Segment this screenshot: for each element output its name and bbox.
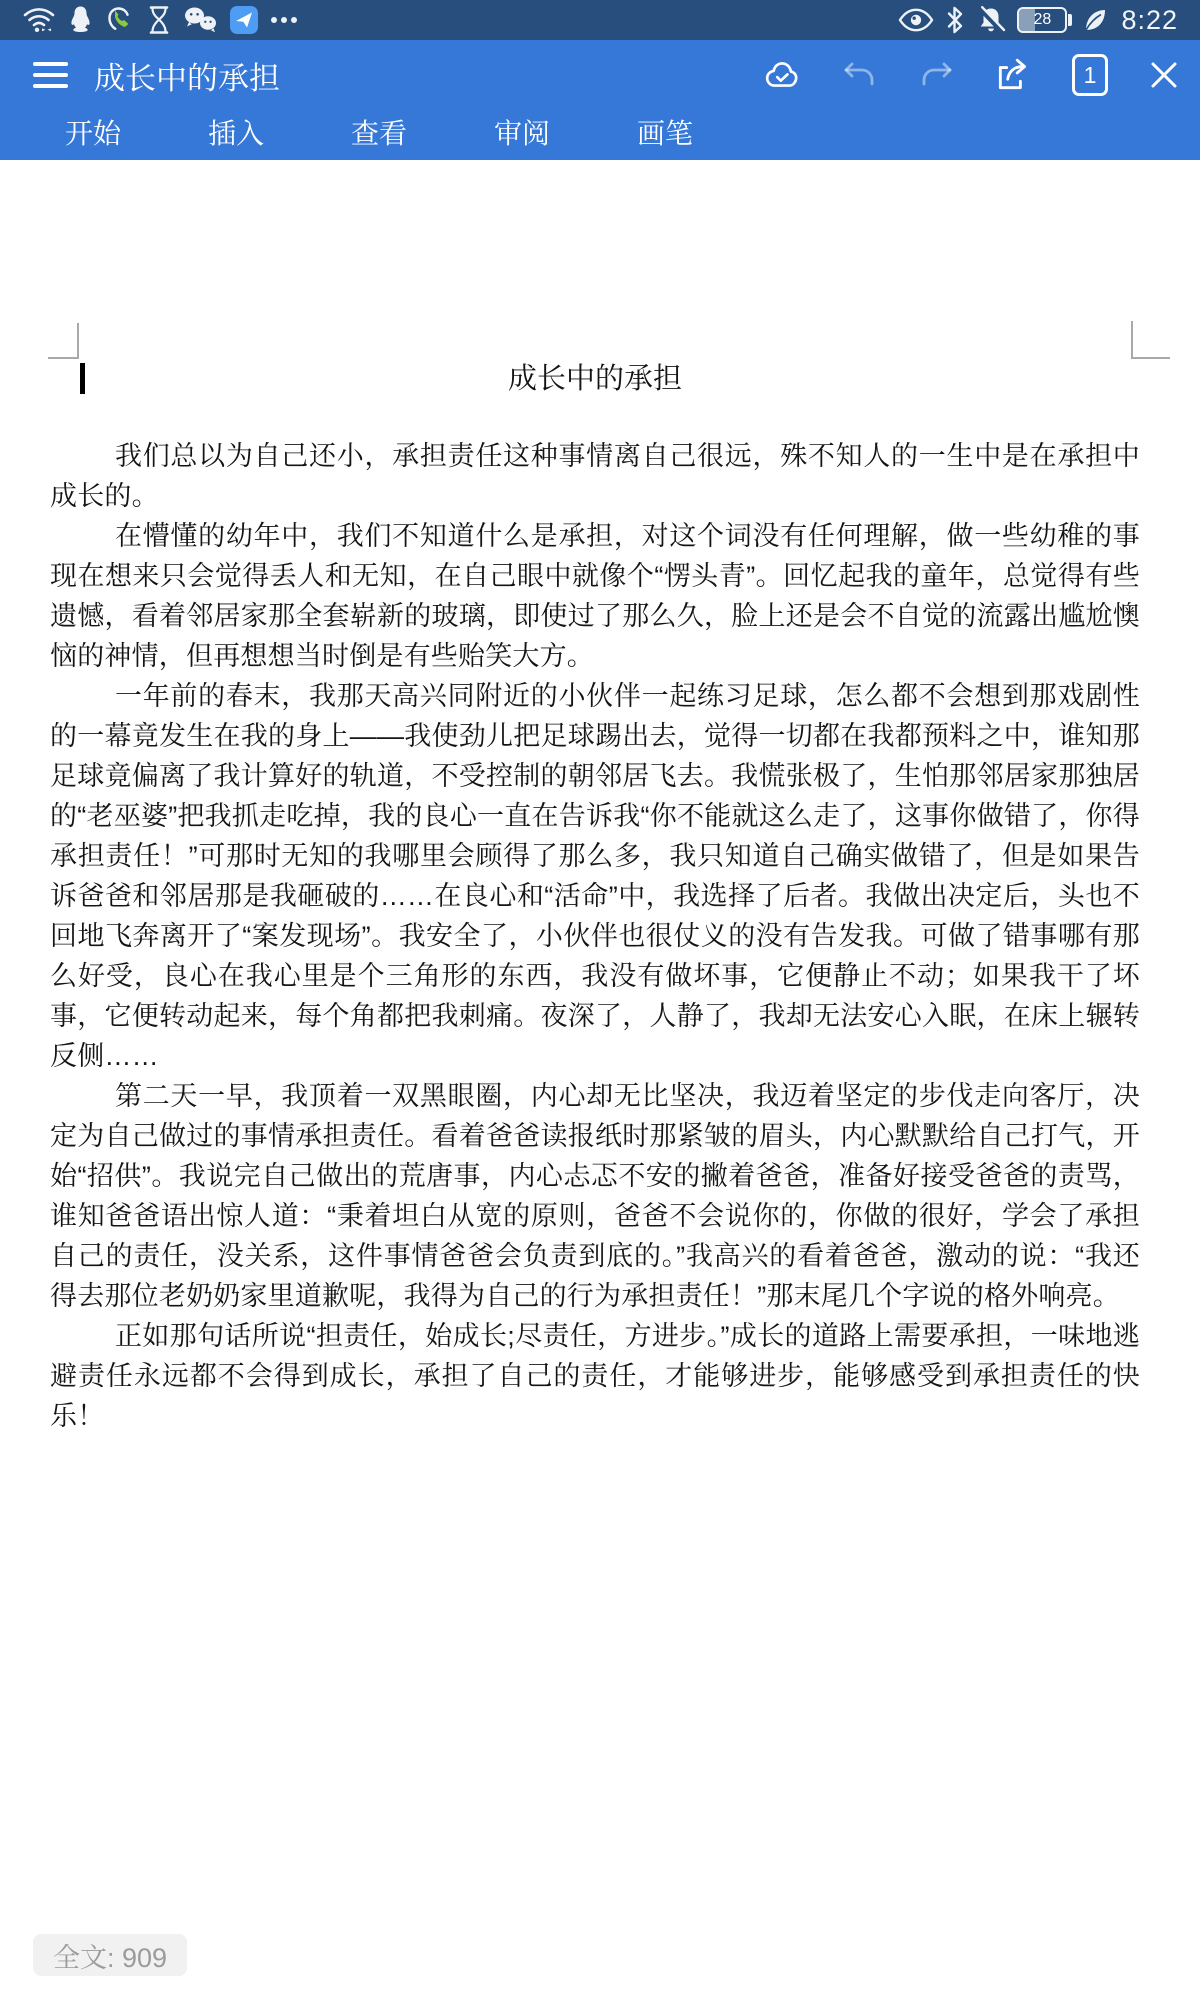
document-page[interactable]: 成长中的承担 我们总以为自己还小，承担责任这种事情离自己很远，殊不知人的一生中是… [0,160,1200,2000]
share-icon[interactable] [994,56,1032,94]
bluetooth-icon [945,5,965,35]
tab-insert[interactable]: 插入 [206,112,266,152]
qq-icon [67,5,94,35]
document-body[interactable]: 成长中的承担 我们总以为自己还小，承担责任这种事情离自己很远，殊不知人的一生中是… [50,358,1140,1436]
app-screen: 28 8:22 成长中的承担 [0,0,1200,2000]
eye-comfort-icon [898,7,934,33]
more-dots-icon [270,15,298,25]
power-save-leaf-icon [1083,7,1107,33]
phone-contact-icon [105,5,135,35]
wifi-icon [22,5,56,35]
battery-outline: 28 [1017,7,1067,33]
page-count-box[interactable]: 1 [1072,54,1108,96]
battery-indicator: 28 [1017,7,1072,33]
menu-icon[interactable] [33,62,68,88]
status-clock: 8:22 [1121,5,1178,36]
battery-percent: 28 [1034,11,1052,29]
tab-pen[interactable]: 画笔 [635,112,695,152]
ribbon-tab-bar: 开始 插入 查看 审阅 画笔 [0,110,1200,160]
wechat-icon [183,5,218,35]
messenger-app-icon [229,5,259,35]
undo-icon[interactable] [842,59,878,91]
essay-title[interactable]: 成长中的承担 [50,358,1140,400]
battery-nub [1068,14,1072,26]
page-margin-mark-right [1131,321,1170,359]
essay-paragraph[interactable]: 正如那句话所说“担责任，始成长;尽责任，方进步。”成长的道路上需要承担，一味地逃… [50,1316,1140,1436]
word-count-badge[interactable]: 全文: 909 [33,1934,187,1976]
essay-paragraph[interactable]: 一年前的春末，我那天高兴同附近的小伙伴一起练习足球，怎么都不会想到那戏剧性的一幕… [50,676,1140,1076]
hourglass-icon [146,5,172,35]
app-header: 成长中的承担 [0,40,1200,110]
document-title-label: 成长中的承担 [94,53,280,98]
word-count-label: 全文: 909 [53,1936,167,1975]
tab-start[interactable]: 开始 [63,112,123,152]
essay-paragraph[interactable]: 在懵懂的幼年中，我们不知道什么是承担，对这个词没有任何理解，做一些幼稚的事现在想… [50,516,1140,676]
status-bar-left [22,5,298,35]
essay-paragraph[interactable]: 第二天一早，我顶着一双黑眼圈，内心却无比坚决，我迈着坚定的步伐走向客厅，决定为自… [50,1076,1140,1316]
page-margin-mark-left [48,323,79,359]
header-actions: 1 [764,54,1200,96]
status-bar: 28 8:22 [0,0,1200,40]
tab-review[interactable]: 审阅 [492,112,552,152]
cloud-save-icon[interactable] [764,58,802,92]
page-count-value: 1 [1084,62,1097,89]
tab-view[interactable]: 查看 [349,112,409,152]
essay-paragraph[interactable]: 我们总以为自己还小，承担责任这种事情离自己很远，殊不知人的一生中是在承担中成长的… [50,436,1140,516]
status-bar-right: 28 8:22 [898,5,1178,36]
close-icon[interactable] [1148,59,1180,91]
notifications-off-icon [976,5,1006,35]
redo-icon[interactable] [918,59,954,91]
